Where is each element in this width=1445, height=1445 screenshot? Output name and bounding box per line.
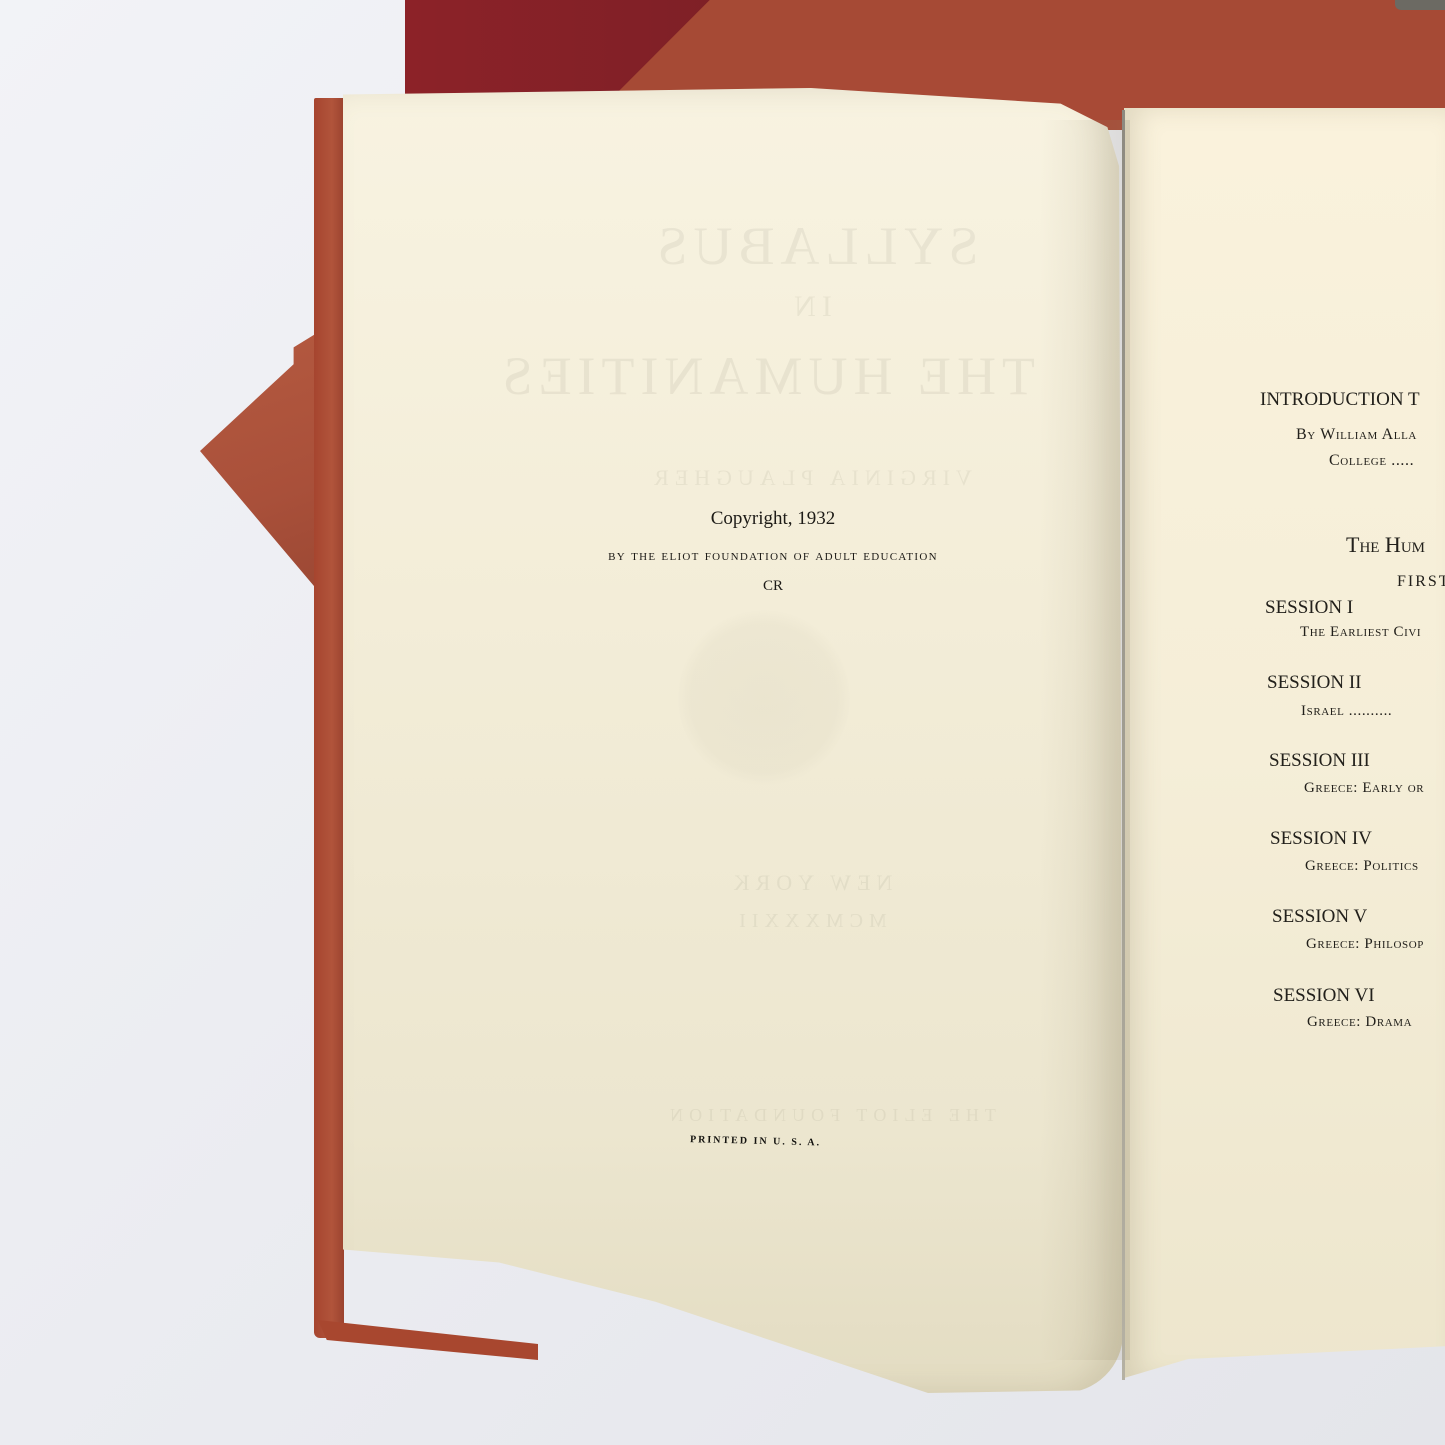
session-4-label: SESSION IV	[1270, 828, 1372, 850]
session-2-label: SESSION II	[1267, 672, 1361, 694]
toc-section-heading: The Hum	[1346, 532, 1425, 558]
show-through-city: NEW YORK	[620, 870, 1000, 896]
session-1-title: The Earliest Civi	[1300, 624, 1421, 641]
toc-college: College .....	[1329, 452, 1414, 470]
book-gutter	[1122, 110, 1125, 1380]
show-through-humanities: THE HUMANITIES	[585, 345, 1035, 407]
publisher-text: By The Eliot Foundation of Adult Educati…	[608, 548, 938, 564]
show-through-author: VIRGINIA PLAUGHER	[600, 465, 1020, 491]
book-cover-edge	[314, 98, 344, 1338]
grey-object-corner	[1395, 0, 1445, 10]
session-3-title: Greece: Early or	[1304, 780, 1424, 797]
printer-monogram: CR	[543, 578, 1003, 595]
book-cover-bottom-edge	[318, 1320, 538, 1360]
show-through-foundation: THE ELIOT FOUNDATION	[600, 1105, 1060, 1126]
show-through-year: MCMXXXII	[600, 910, 1020, 933]
copyright-line: Copyright, 1932	[543, 508, 1003, 530]
show-through-title: SYLLABUS	[590, 215, 1040, 277]
toc-introduction: INTRODUCTION T	[1260, 389, 1420, 411]
right-page	[1124, 108, 1445, 1378]
show-through-seal-icon	[678, 610, 850, 785]
session-6-label: SESSION VI	[1273, 985, 1375, 1007]
show-through-in: IN	[750, 290, 870, 324]
publisher-line: By The Eliot Foundation of Adult Educati…	[543, 548, 1003, 565]
stacked-book-corner	[200, 325, 330, 605]
session-3-label: SESSION III	[1269, 750, 1370, 772]
session-2-title: Israel ..........	[1301, 703, 1392, 720]
session-4-title: Greece: Politics	[1305, 858, 1419, 875]
session-1-label: SESSION I	[1265, 597, 1353, 619]
session-5-title: Greece: Philosop	[1306, 936, 1424, 953]
session-5-label: SESSION V	[1272, 906, 1367, 928]
toc-by-author: By William Alla	[1296, 426, 1417, 444]
session-6-title: Greece: Drama	[1307, 1014, 1412, 1031]
toc-first-label: FIRST	[1397, 573, 1445, 591]
